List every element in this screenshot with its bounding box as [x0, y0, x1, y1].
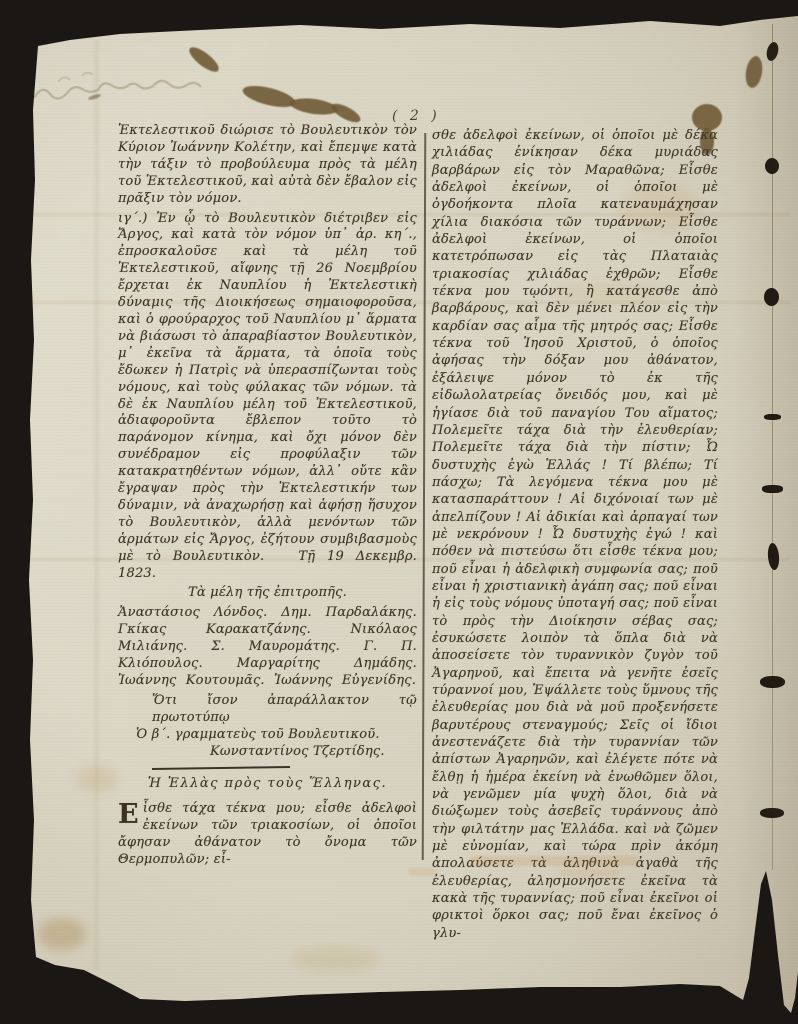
vertical-crease	[95, 40, 98, 970]
proclamation-opening: Εἶσθε τάχα τέκνα μου; εἶσθε ἀδελφοὶ ἐκεί…	[118, 801, 417, 869]
committee-signatories: Ἀναστάσιος Λόνδος. Δημ. Παρδαλάκης. Γκίκ…	[118, 605, 417, 690]
column-divider-rule	[422, 133, 427, 860]
stitch-mark	[760, 676, 785, 688]
stitch-mark	[762, 485, 783, 493]
stitch-mark	[764, 288, 779, 306]
paragraph-text: Ἐκτελεστικοῦ διώρισε τὸ Βουλευτικὸν τὸν …	[118, 123, 417, 206]
stitch-mark	[765, 158, 779, 174]
attestation-line: Ὅτι ἴσον ἀπαράλλακτον τῷ πρωτοτύπῳ	[152, 693, 417, 727]
age-stain	[290, 946, 380, 972]
attestation-role: Ὁ β΄. γραμματεὺς τοῦ Βουλευτικοῦ.	[136, 727, 417, 744]
paragraph-text: ἶσθε τάχα τέκνα μου; εἶσθε ἀδελφοὶ ἐκείν…	[118, 801, 417, 867]
verso-bleedthrough	[470, 856, 638, 866]
page-number: ( 2 )	[392, 108, 441, 124]
attestation-signature: Κωνσταντίνος Τζερτίδης.	[210, 744, 417, 761]
handwriting-bleedthrough	[28, 58, 228, 118]
proclamation-continuation: σθε ἀδελφοὶ ἐκείνων, οἱ ὁποῖοι μὲ δέκα χ…	[432, 127, 718, 942]
document-page: ( 2 ) Ἐκτελεστικοῦ διώρισε τὸ Βουλευτικὸ…	[0, 0, 798, 1024]
binding-fold-line	[772, 24, 773, 870]
scan-background: ( 2 ) Ἐκτελεστικοῦ διώρισε τὸ Βουλευτικὸ…	[0, 0, 798, 1024]
ink-smudge	[744, 55, 765, 89]
paragraph-article-13: ιγ΄.) Ἐν ᾧ τὸ Βουλευτικὸν διέτριβεν εἰς …	[118, 211, 417, 583]
verso-bleedthrough	[408, 868, 438, 876]
left-text-column: Ἐκτελεστικοῦ διώρισε τὸ Βουλευτικὸν τὸν …	[118, 123, 417, 872]
stitch-mark	[764, 414, 781, 420]
committee-heading: Τὰ μέλη τῆς ἐπιτροπῆς.	[118, 585, 417, 602]
stitch-mark	[765, 41, 780, 62]
stitch-mark	[760, 808, 784, 818]
paragraph-text: ιγ΄.) Ἐν ᾧ τὸ Βουλευτικὸν διέτριβεν εἰς …	[118, 211, 417, 564]
verso-bleedthrough	[560, 869, 620, 877]
age-stain	[38, 918, 86, 950]
section-heading: Ἡ Ἑλλὰς πρὸς τοὺς Ἕλληνας.	[118, 776, 417, 793]
age-stain	[76, 766, 118, 792]
ink-smudge	[241, 82, 298, 112]
paragraph-continuation: Ἐκτελεστικοῦ διώρισε τὸ Βουλευτικὸν τὸν …	[118, 123, 417, 208]
stitch-mark	[767, 543, 780, 571]
drop-cap-initial: Ε	[118, 802, 139, 828]
right-text-column: σθε ἀδελφοὶ ἐκείνων, οἱ ὁποῖοι μὲ δέκα χ…	[432, 127, 718, 945]
section-divider-rule	[152, 766, 290, 770]
